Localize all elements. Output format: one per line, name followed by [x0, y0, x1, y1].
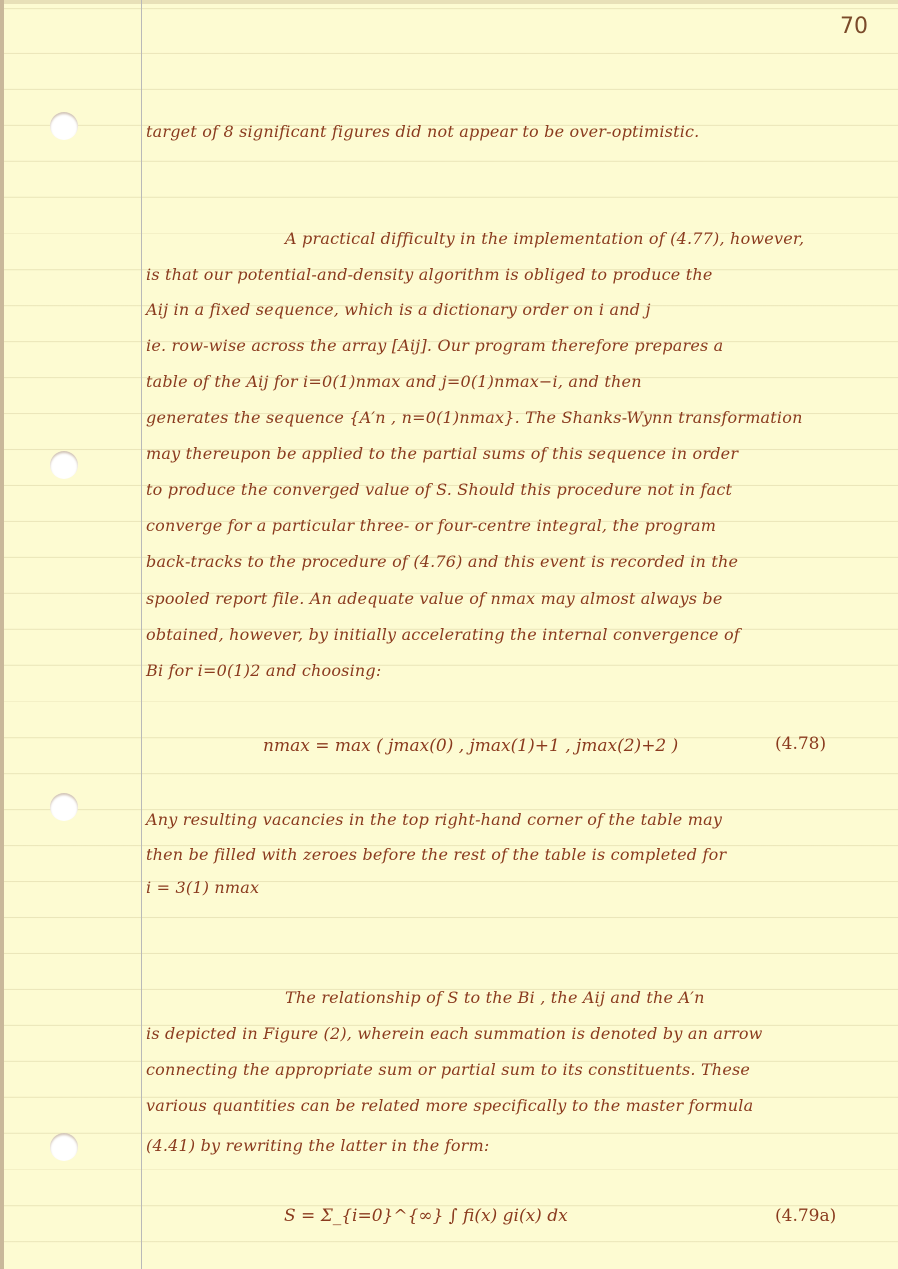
text-line: (4.41) by rewriting the latter in the fo…: [146, 1136, 876, 1156]
equation-label: (4.79a): [775, 1205, 836, 1227]
text-line: various quantities can be related more s…: [146, 1096, 876, 1116]
equation-label: (4.78): [775, 733, 826, 755]
equation-4-78: nmax = max ( jmax(0) , jmax(1)+1 , jmax(…: [263, 735, 678, 757]
text-line: Bi for i=0(1)2 and choosing:: [146, 661, 876, 681]
text-line: i = 3(1) nmax: [146, 878, 876, 898]
text-line: then be filled with zeroes before the re…: [146, 845, 876, 865]
text-line: obtained, however, by initially accelera…: [146, 625, 876, 645]
notebook-page: 70 target of 8 significant figures did n…: [0, 0, 898, 1269]
text-line: spooled report file. An adequate value o…: [146, 589, 876, 609]
text-line: target of 8 significant figures did not …: [146, 122, 876, 142]
paper-left-edge: [0, 0, 4, 1269]
margin-line: [141, 0, 142, 1269]
text-line: generates the sequence {A′n , n=0(1)nmax…: [146, 408, 876, 428]
text-line: connecting the appropriate sum or partia…: [146, 1060, 876, 1080]
text-line: back-tracks to the procedure of (4.76) a…: [146, 552, 876, 572]
text-line: Aij in a fixed sequence, which is a dict…: [146, 300, 876, 320]
punch-hole-icon: [50, 451, 78, 479]
punch-hole-icon: [50, 1133, 78, 1161]
text-line: may thereupon be applied to the partial …: [146, 444, 876, 464]
text-line: A practical difficulty in the implementa…: [285, 229, 898, 249]
text-line: Any resulting vacancies in the top right…: [146, 810, 876, 830]
text-line: is depicted in Figure (2), wherein each …: [146, 1024, 876, 1044]
text-line: ie. row-wise across the array [Aij]. Our…: [146, 336, 876, 356]
paper-top-edge: [0, 0, 898, 4]
text-line: table of the Aij for i=0(1)nmax and j=0(…: [146, 372, 876, 392]
equation-4-79a: S = Σ_{i=0}^{∞} ∫ fi(x) gi(x) dx: [284, 1205, 568, 1227]
text-line: The relationship of S to the Bi , the Ai…: [285, 988, 898, 1008]
punch-hole-icon: [50, 793, 78, 821]
page-number: 70: [840, 14, 868, 39]
text-line: is that our potential-and-density algori…: [146, 265, 876, 285]
punch-hole-icon: [50, 112, 78, 140]
text-line: to produce the converged value of S. Sho…: [146, 480, 876, 500]
text-line: converge for a particular three- or four…: [146, 516, 876, 536]
